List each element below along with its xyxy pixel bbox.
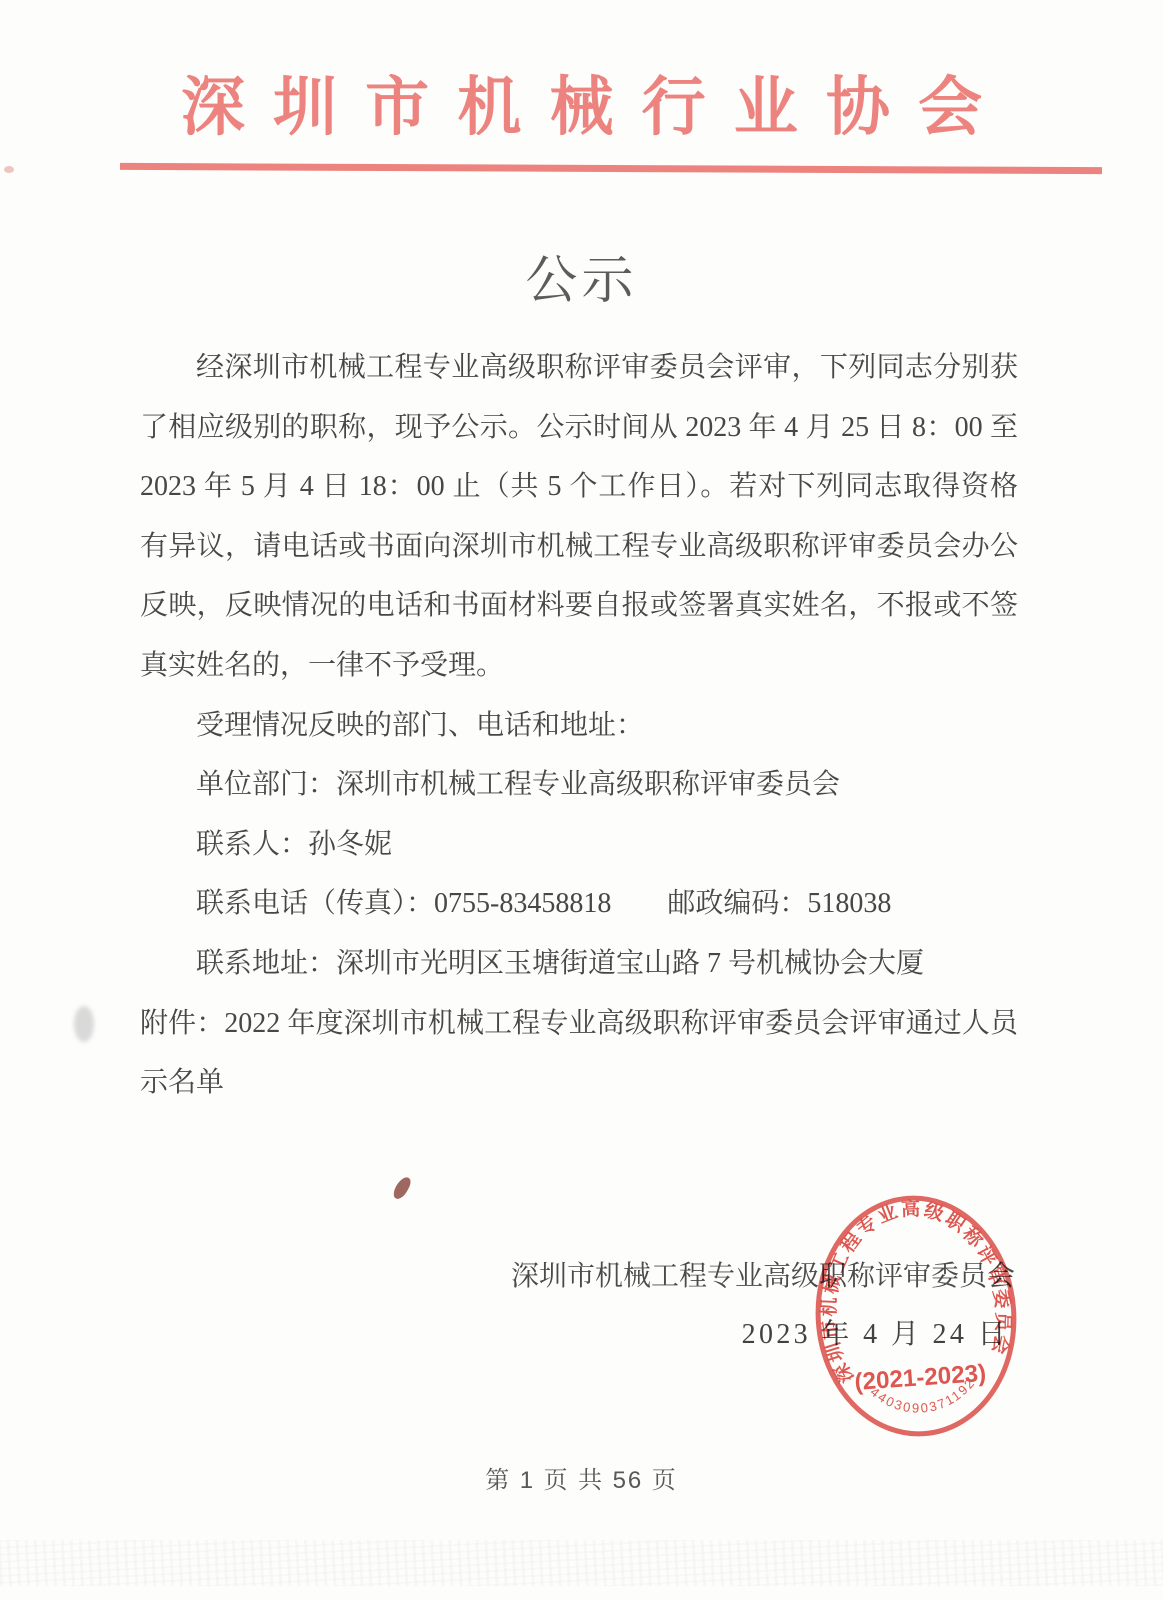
contact-unit-line: 单位部门：深圳市机械工程专业高级职称评审委员会	[140, 755, 1018, 815]
announcement-body: 经深圳市机械工程专业高级职称评审委员会评审，下列同志分别获得 了相应级别的职称，…	[140, 338, 1018, 1113]
seal-ring-text: 深圳市机械工程专业高级职称评审委员会	[809, 1190, 1018, 1388]
contact-person-line: 联系人：孙冬妮	[140, 815, 1018, 875]
scan-edge-noise	[0, 1540, 1163, 1586]
attachment-line-cont: 示名单	[140, 1053, 1018, 1113]
attachment-line: 附件：2022 年度深圳市机械工程专业高级职称评审委员会评审通过人员公	[140, 994, 1018, 1054]
letterhead-org-name: 深圳市机械行业协会	[0, 56, 1163, 148]
svg-text:深圳市机械工程专业高级职称评审委员会: 深圳市机械工程专业高级职称评审委员会	[809, 1190, 1018, 1388]
scan-artifact-red-speck	[391, 1175, 413, 1202]
body-line: 了相应级别的职称，现予公示。公示时间从 2023 年 4 月 25 日 8：00…	[140, 398, 1018, 458]
official-seal: 深圳市机械工程专业高级职称评审委员会 (2021-2023) 440309037…	[801, 1183, 1030, 1449]
document-page: 深圳市机械行业协会 公示 经深圳市机械工程专业高级职称评审委员会评审，下列同志分…	[0, 0, 1163, 1600]
body-line: 2023 年 5 月 4 日 18：00 止（共 5 个工作日）。若对下列同志取…	[140, 457, 1018, 517]
letterhead-divider	[120, 163, 1102, 174]
scan-artifact-gray-smudge	[74, 1006, 94, 1042]
contact-phone-line: 联系电话（传真）：0755-83458818 邮政编码：518038	[140, 874, 1018, 934]
scan-artifact-edge-speck	[4, 166, 14, 173]
page-number: 第 1 页 共 56 页	[0, 1460, 1163, 1495]
body-line: 有异议，请电话或书面向深圳市机械工程专业高级职称评审委员会办公室	[140, 517, 1018, 577]
body-line: 真实姓名的，一律不予受理。	[140, 636, 1018, 696]
page-title: 公示	[0, 238, 1163, 313]
contact-address-line: 联系地址：深圳市光明区玉塘街道宝山路 7 号机械协会大厦	[140, 934, 1018, 994]
body-line: 经深圳市机械工程专业高级职称评审委员会评审，下列同志分别获得	[140, 338, 1018, 398]
contact-section-heading: 受理情况反映的部门、电话和地址：	[140, 696, 1018, 756]
body-line: 反映，反映情况的电话和书面材料要自报或签署真实姓名，不报或不签署	[140, 576, 1018, 636]
